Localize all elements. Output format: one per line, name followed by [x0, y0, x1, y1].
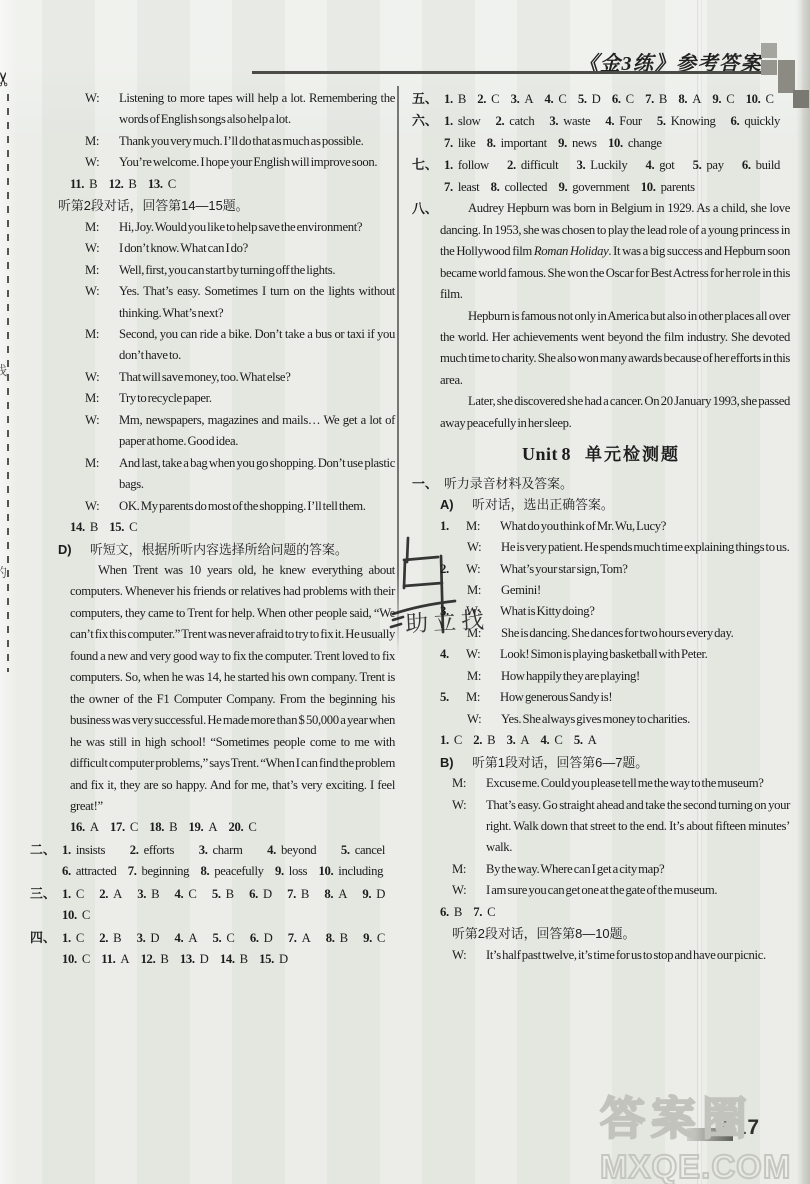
answer-pair: 14B	[220, 952, 248, 966]
answer-pair: 10parents	[641, 180, 695, 194]
content-block: W:OK. My parents do most of the shopping…	[85, 496, 395, 517]
answer-value: C	[82, 908, 90, 922]
header-rule	[252, 71, 763, 74]
answer-list: 1C 2B 3A 4C 5A	[440, 733, 606, 747]
line-text: I am sure you can get one at the gate of…	[486, 883, 717, 897]
answer-number: 3	[137, 931, 146, 945]
answer-value: C	[76, 931, 84, 945]
answer-number: 19	[189, 820, 204, 834]
handwriting-text: 助立找	[405, 607, 490, 636]
line-text: Well, first, you can start by turning of…	[119, 263, 335, 277]
content-block: W:I don’t know. What can I do?	[85, 238, 395, 259]
answer-value: government	[572, 180, 629, 194]
section-label: 五、	[412, 88, 444, 109]
answer-number: 9	[275, 864, 284, 878]
answer-pair: 8collected	[491, 180, 547, 194]
line-text: Gemini!	[501, 583, 541, 597]
answer-number: 14	[70, 520, 85, 534]
answer-value: C	[226, 931, 234, 945]
answer-pair: 7beginning	[128, 864, 189, 878]
answer-value: C	[129, 520, 137, 534]
answer-pair: 11B	[70, 177, 97, 191]
answer-number: 1	[444, 92, 453, 106]
content-block: M:Gemini!	[467, 580, 790, 601]
line-text: Try to recycle paper.	[119, 391, 212, 405]
answer-number: 6	[731, 114, 740, 128]
answer-value: D	[279, 952, 288, 966]
content-block: 七、1follow 2difficult 3Luckily 4got 5pay …	[412, 154, 790, 198]
answer-number: 12	[109, 177, 124, 191]
speaker-label: W:	[85, 152, 119, 173]
content-block: Hepburn is famous not only in America bu…	[440, 306, 790, 392]
answer-list: 14B 15C	[70, 520, 147, 534]
content-block: M:Excuse me. Could you please tell me th…	[452, 773, 790, 794]
answer-value: C	[554, 733, 562, 747]
answer-number: 9	[363, 931, 372, 945]
answer-number: 5	[574, 733, 583, 747]
answer-number: 9	[558, 136, 567, 150]
speaker-label: W:	[85, 281, 119, 302]
answer-value: charm	[213, 843, 243, 857]
content-block: D)听短文，根据所听内容选择所给问题的答案。	[58, 539, 395, 560]
line-text: What’s your star sign, Tom?	[500, 562, 628, 576]
answer-value: C	[726, 92, 734, 106]
answer-pair: 2catch	[495, 114, 534, 128]
corner-square	[761, 60, 777, 75]
answer-pair: 15D	[259, 952, 288, 966]
answer-value: follow	[458, 158, 489, 172]
section-label: 一、	[412, 473, 444, 494]
content-block: M:Well, first, you can start by turning …	[85, 260, 395, 281]
answer-value: Knowing	[671, 114, 716, 128]
line-text: How happily they are playing!	[501, 669, 640, 683]
answer-number: 6	[250, 931, 259, 945]
line-text: It’s half past twelve, it’s time for us …	[486, 948, 766, 962]
answer-value: B	[160, 952, 168, 966]
line-text: Excuse me. Could you please tell me the …	[486, 776, 764, 790]
speaker-label: W:	[85, 410, 119, 431]
answer-pair: 3D	[137, 931, 160, 945]
answer-number: 10	[641, 180, 656, 194]
content-block: 2.W:What’s your star sign, Tom?	[440, 559, 790, 580]
content-block: W:He is very patient. He spends much tim…	[467, 537, 790, 558]
answer-pair: 2B	[473, 733, 495, 747]
text-segment: When Trent was 10 years old, he knew eve…	[70, 563, 395, 813]
line-text: You’re welcome. I hope your English will…	[119, 155, 377, 169]
answer-pair: 6quickly	[731, 114, 780, 128]
content-block: 听第2段对话，回答第8—10题。	[452, 923, 790, 944]
answer-list: 6B 7C	[440, 905, 505, 919]
answer-pair: 13C	[148, 177, 176, 191]
answer-number: 4	[605, 114, 614, 128]
answer-number: 8	[491, 180, 500, 194]
answer-value: B	[454, 905, 462, 919]
answer-pair: 11A	[101, 952, 129, 966]
answer-number: 10	[746, 92, 761, 106]
answer-pair: 4Four	[605, 114, 641, 128]
content-block: M:Thank you very much. I’ll do that as m…	[85, 131, 395, 152]
answer-value: D	[376, 887, 385, 901]
answer-pair: 10C	[62, 952, 90, 966]
answer-number: 5	[212, 887, 221, 901]
answer-pair: 3charm	[199, 843, 243, 857]
answer-list: 1C 2B 3D 4A 5C 6D 7A 8B 9C 10C 11A 12B 1…	[62, 931, 395, 966]
answer-value: C	[377, 931, 385, 945]
content-block: 5.M:How generous Sandy is!	[440, 687, 790, 708]
answer-value: C	[168, 177, 176, 191]
watermark-site: MXQE.COM	[600, 1148, 810, 1184]
answer-value: B	[151, 887, 159, 901]
scissors-icon: ✂	[0, 71, 15, 87]
answer-value: important	[501, 136, 547, 150]
answer-value: Four	[619, 114, 642, 128]
answer-number: 17	[110, 820, 125, 834]
speaker-label: W:	[85, 88, 119, 109]
answer-number: 4	[175, 931, 184, 945]
answer-number: 3	[199, 843, 208, 857]
answer-value: B	[113, 931, 121, 945]
answer-pair: 5D	[578, 92, 601, 106]
content-block: B)听第1段对话，回答第6—7题。	[440, 752, 790, 773]
answer-number: 7	[473, 905, 482, 919]
line-text: 听第1段对话，回答第6—7题。	[472, 755, 648, 770]
answer-number: 1	[62, 843, 71, 857]
line-text: He is very patient. He spends much time …	[501, 540, 789, 554]
content-block: M:How happily they are playing!	[467, 666, 790, 687]
answer-number: 6	[742, 158, 751, 172]
answer-pair: 6D	[249, 887, 272, 901]
answer-list: 1insists 2efforts 3charm 4beyond 5cancel…	[62, 843, 395, 878]
answer-number: 2	[99, 887, 108, 901]
answer-pair: 4C	[541, 733, 563, 747]
answer-value: B	[340, 931, 348, 945]
answer-number: 10	[608, 136, 623, 150]
content-block: M:Try to recycle paper.	[85, 388, 395, 409]
answer-value: slow	[458, 114, 481, 128]
edge-mark: 的	[0, 562, 7, 581]
answer-value: A	[338, 887, 347, 901]
answer-value: Luckily	[590, 158, 627, 172]
answer-number: 4	[267, 843, 276, 857]
answer-value: least	[458, 180, 480, 194]
answer-list: 1C 2A 3B 4C 5B 6D 7B 8A 9D 10C	[62, 887, 395, 922]
answer-number: 20	[229, 820, 244, 834]
answer-number: 6	[62, 864, 71, 878]
answer-number: 2	[507, 158, 516, 172]
answer-value: beyond	[281, 843, 316, 857]
answer-pair: 1slow	[444, 114, 480, 128]
content-block: 3.W:What is Kitty doing?	[440, 601, 790, 622]
section-label: A)	[440, 494, 472, 515]
answer-value: got	[659, 158, 674, 172]
answer-pair: 5cancel	[341, 843, 385, 857]
answer-number: 5	[213, 931, 222, 945]
answer-pair: 1insists	[62, 843, 105, 857]
answer-number: 14	[220, 952, 235, 966]
answer-number: 3	[137, 887, 146, 901]
answer-list: 16A 17C 18B 19A 20C	[70, 820, 266, 834]
answer-number: 4	[541, 733, 550, 747]
line-text: 听力录音材料及答案。	[444, 476, 573, 491]
answer-number: 18	[149, 820, 164, 834]
line-text: Yes. She always gives money to charities…	[501, 712, 690, 726]
answer-number: 1	[444, 114, 453, 128]
answer-number: 7	[444, 180, 453, 194]
answer-number: 1	[444, 158, 453, 172]
answer-pair: 14B	[70, 520, 98, 534]
answer-pair: 6C	[612, 92, 634, 106]
answer-number: 16	[70, 820, 85, 834]
answer-number: 7	[128, 864, 137, 878]
line-text: 听对话，选出正确答案。	[472, 497, 614, 512]
answer-pair: 7B	[287, 887, 309, 901]
answer-number: 8	[200, 864, 209, 878]
answer-value: quickly	[744, 114, 780, 128]
answer-pair: 6B	[440, 905, 462, 919]
line-text: Thank you very much. I’ll do that as muc…	[119, 134, 363, 148]
answer-pair: 13D	[180, 952, 209, 966]
line-text: She is dancing. She dances for two hours…	[501, 626, 733, 640]
content-block: W:Listening to more tapes will help a lo…	[85, 88, 395, 131]
content-block: W:Mm, newspapers, magazines and mails… W…	[85, 410, 395, 453]
line-text: Second, you can ride a bike. Don’t take …	[119, 327, 395, 362]
content-block: M:Hi, Joy. Would you like to help save t…	[85, 217, 395, 238]
speaker-label: M:	[467, 666, 501, 687]
speaker-label: W:	[85, 367, 119, 388]
answer-number: 11	[70, 177, 84, 191]
content-block: Unit 8单元检测题	[412, 444, 790, 467]
speaker-label: M:	[85, 388, 119, 409]
answer-number: 2	[473, 733, 482, 747]
answer-value: B	[487, 733, 495, 747]
answer-number: 2	[130, 843, 139, 857]
answer-number: 2	[477, 92, 486, 106]
answer-number: 3	[549, 114, 558, 128]
speaker-label: M:	[85, 217, 119, 238]
answer-pair: 1C	[62, 887, 84, 901]
answer-list: 1B 2C 3A 4C 5D 6C 7B 8A 9C 10C	[444, 92, 784, 106]
answer-value: C	[248, 820, 256, 834]
answer-value: insists	[76, 843, 105, 857]
content-block: 听第2段对话，回答第14—15题。	[58, 195, 395, 216]
answer-pair: 9loss	[275, 864, 307, 878]
answer-list: 1slow 2catch 3waste 4Four 5Knowing 6quic…	[444, 114, 790, 149]
line-text: 听第2段对话，回答第8—10题。	[452, 926, 635, 941]
speaker-label: W:	[452, 945, 486, 966]
answer-pair: 15C	[109, 520, 137, 534]
answer-pair: 7least	[444, 180, 479, 194]
text-segment: Roman Holiday	[534, 244, 609, 258]
answer-pair: 9C	[363, 931, 385, 945]
answer-number: 9	[558, 180, 567, 194]
speaker-label: M:	[85, 260, 119, 281]
answer-pair: 19A	[189, 820, 218, 834]
answer-pair: 20C	[229, 820, 257, 834]
answer-value: A	[520, 733, 529, 747]
answer-pair: 9C	[712, 92, 734, 106]
section-label: 六、	[412, 110, 444, 131]
answer-pair: 10including	[318, 864, 383, 878]
answer-pair: 8B	[326, 931, 348, 945]
answer-value: A	[208, 820, 217, 834]
answer-number: 7	[287, 887, 296, 901]
answer-value: attracted	[76, 864, 117, 878]
content-block: 三、1C 2A 3B 4C 5B 6D 7B 8A 9D 10C	[30, 883, 395, 927]
answer-value: build	[756, 158, 780, 172]
answer-pair: 7B	[645, 92, 667, 106]
answer-value: B	[226, 887, 234, 901]
answer-value: cancel	[355, 843, 385, 857]
content-block: W:That’s easy. Go straight ahead and tak…	[452, 795, 790, 859]
answer-value: pay	[706, 158, 723, 172]
line-text: That will save money, too. What else?	[119, 370, 290, 384]
answer-value: peacefully	[214, 864, 263, 878]
content-block: 1C 2B 3A 4C 5A	[440, 730, 790, 751]
speaker-label: M:	[85, 131, 119, 152]
answer-value: C	[487, 905, 495, 919]
content-block: 五、1B 2C 3A 4C 5D 6C 7B 8A 9C 10C	[412, 88, 790, 110]
content-block: W:It’s half past twelve, it’s time for u…	[452, 945, 790, 966]
answer-pair: 3A	[511, 92, 534, 106]
content-block: 1.M:What do you think of Mr. Wu, Lucy?	[440, 516, 790, 537]
answer-pair: 6attracted	[62, 864, 116, 878]
answer-pair: 1C	[62, 931, 84, 945]
edge-mark: 线	[0, 360, 7, 379]
answer-pair: 3A	[507, 733, 530, 747]
answer-pair: 3Luckily	[576, 158, 627, 172]
answer-value: B	[659, 92, 667, 106]
answer-value: C	[765, 92, 773, 106]
page-edge-shadow	[796, 0, 810, 1184]
content-block: 二、1insists 2efforts 3charm 4beyond 5canc…	[30, 839, 395, 883]
section-label: D)	[58, 539, 90, 560]
answer-value: A	[524, 92, 533, 106]
content-block: W:That will save money, too. What else?	[85, 367, 395, 388]
line-text: What is Kitty doing?	[500, 604, 595, 618]
unit-heading-en: Unit 8	[522, 444, 571, 464]
answer-number: 10	[62, 908, 77, 922]
answer-pair: 8A	[324, 887, 347, 901]
answer-pair: 2efforts	[130, 843, 174, 857]
answer-number: 10	[318, 864, 333, 878]
left-column: W:Listening to more tapes will help a lo…	[30, 88, 395, 971]
answer-number: 10	[62, 952, 77, 966]
section-label: B)	[440, 752, 472, 773]
answer-value: C	[76, 887, 84, 901]
answer-pair: 16A	[70, 820, 99, 834]
answer-value: A	[188, 931, 197, 945]
answer-value: B	[458, 92, 466, 106]
answer-value: news	[572, 136, 597, 150]
answer-pair: 4A	[175, 931, 198, 945]
page-number: 017	[722, 1116, 760, 1140]
paragraph-text: Hepburn is famous not only in America bu…	[440, 309, 790, 387]
answer-pair: 10C	[746, 92, 774, 106]
answer-value: D	[200, 952, 209, 966]
answer-value: C	[188, 887, 196, 901]
answer-pair: 4beyond	[267, 843, 316, 857]
answer-pair: 3B	[137, 887, 159, 901]
answer-pair: 7C	[473, 905, 495, 919]
section-label: 八、	[412, 198, 440, 219]
answer-value: C	[82, 952, 90, 966]
content-block: 一、听力录音材料及答案。	[412, 473, 790, 494]
answer-pair: 4C	[545, 92, 567, 106]
answer-pair: 5B	[212, 887, 234, 901]
speaker-label: M:	[85, 453, 119, 474]
answer-number: 6	[440, 905, 449, 919]
section-label: 七、	[412, 154, 444, 175]
speaker-label: M:	[452, 773, 486, 794]
answer-pair: 2B	[99, 931, 121, 945]
answer-pair: 9government	[558, 180, 629, 194]
answer-value: D	[150, 931, 159, 945]
answer-number: 9	[712, 92, 721, 106]
answer-pair: 1C	[440, 733, 462, 747]
content-block: M:By the way. Where can I get a city map…	[452, 859, 790, 880]
answer-pair: 8A	[678, 92, 701, 106]
answer-pair: 9D	[362, 887, 385, 901]
answer-pair: 6D	[250, 931, 273, 945]
speaker-label: W:	[85, 238, 119, 259]
answer-pair: 18B	[149, 820, 177, 834]
cut-dashed-line	[7, 94, 9, 672]
answer-value: D	[264, 931, 273, 945]
answer-number: 7	[288, 931, 297, 945]
answer-value: C	[130, 820, 138, 834]
answer-number: 5	[657, 114, 666, 128]
answer-value: parents	[661, 180, 695, 194]
answer-number: 8	[487, 136, 496, 150]
answer-value: like	[458, 136, 476, 150]
answer-number: 2	[99, 931, 108, 945]
answer-number: 4	[545, 92, 554, 106]
answer-number: 12	[141, 952, 156, 966]
answer-value: B	[240, 952, 248, 966]
answer-number: 3	[507, 733, 516, 747]
content-block: 11B 12B 13C	[70, 174, 395, 195]
answer-value: waste	[563, 114, 590, 128]
speaker-label: W:	[452, 795, 486, 816]
answer-pair: 7A	[288, 931, 311, 945]
answer-number: 1	[62, 931, 71, 945]
answer-pair: 3waste	[549, 114, 590, 128]
answer-value: B	[301, 887, 309, 901]
answer-number: 13	[148, 177, 163, 191]
content-block: Later, she discovered she had a cancer. …	[440, 391, 790, 434]
speaker-label: W:	[467, 709, 501, 730]
line-text: I don’t know. What can I do?	[119, 241, 248, 255]
answer-value: difficult	[521, 158, 559, 172]
line-text: Yes. That’s easy. Sometimes I turn on th…	[119, 284, 395, 319]
answer-pair: 10C	[62, 908, 90, 922]
content-block: When Trent was 10 years old, he knew eve…	[70, 560, 395, 817]
answer-value: A	[113, 887, 122, 901]
answer-number: 1	[62, 887, 71, 901]
content-block: M:Second, you can ride a bike. Don’t tak…	[85, 324, 395, 367]
content-block: M:She is dancing. She dances for two hou…	[467, 623, 790, 644]
answer-value: D	[592, 92, 601, 106]
content-block: 16A 17C 18B 19A 20C	[70, 817, 395, 838]
answer-value: C	[491, 92, 499, 106]
answer-number: 8	[678, 92, 687, 106]
section-label: 二、	[30, 839, 62, 860]
answer-value: B	[90, 520, 98, 534]
line-text: Hi, Joy. Would you like to help save the…	[119, 220, 362, 234]
answer-number: 4	[175, 887, 184, 901]
answer-number: 7	[444, 136, 453, 150]
line-text: And last, take a bag when you go shoppin…	[119, 456, 395, 491]
